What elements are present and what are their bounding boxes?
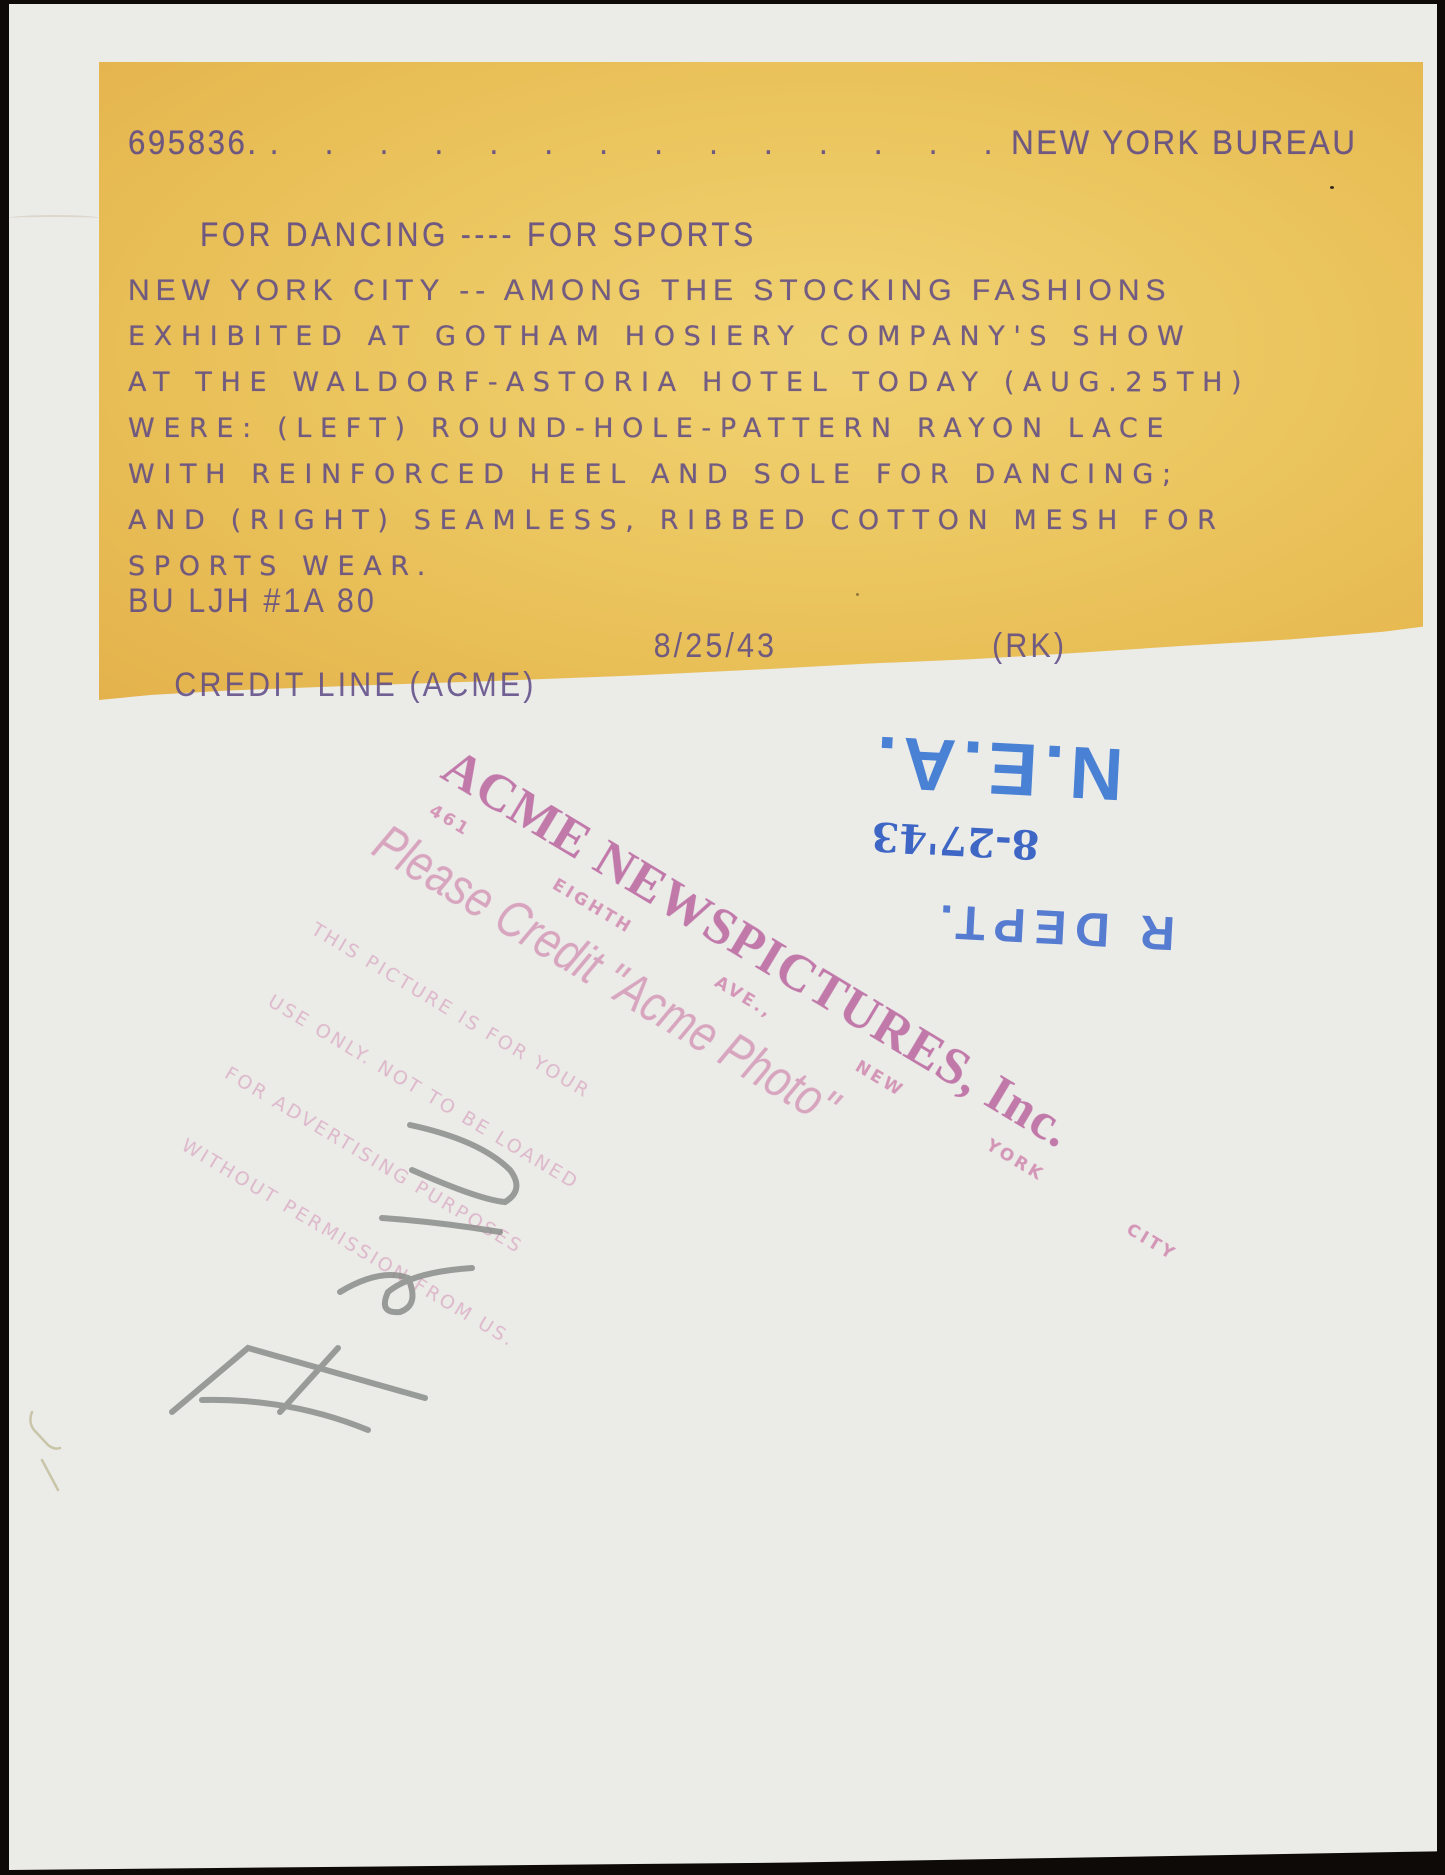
- caption-line: AT THE WALDORF-ASTORIA HOTEL TODAY (AUG.…: [128, 360, 1250, 406]
- caption-headline: FOR DANCING ---- FOR SPORTS: [200, 216, 757, 255]
- corner-mark-icon: [20, 1400, 80, 1500]
- slip-header: 695836. . . . . . . . . . . . . . .NEW Y…: [128, 124, 1358, 163]
- nea-stamp: N.E.A. 8-27'43 R DEPT.: [793, 691, 1166, 969]
- nea-stamp-dept: R DEPT.: [929, 893, 1176, 961]
- nea-stamp-date: 8-27'43: [870, 812, 1040, 868]
- ink-speck: [856, 593, 859, 596]
- pencil-note-icon: [150, 1100, 570, 1460]
- serial-number: 695836.: [128, 124, 259, 163]
- caption-date: 8/25/43: [654, 627, 778, 666]
- caption-line: WERE: (LEFT) ROUND-HOLE-PATTERN RAYON LA…: [128, 406, 1250, 452]
- caption-line: EXHIBITED AT GOTHAM HOSIERY COMPANY'S SH…: [128, 314, 1250, 360]
- routing-code: BU LJH #1A 80: [128, 582, 377, 621]
- caption-line: NEW YORK CITY -- AMONG THE STOCKING FASH…: [128, 268, 1250, 314]
- ink-speck: [1330, 186, 1334, 189]
- credit-line: CREDIT LINE (ACME): [174, 666, 536, 704]
- bureau-name: NEW YORK BUREAU: [1011, 124, 1357, 163]
- leader-dots: . . . . . . . . . . . . . .: [270, 124, 1011, 163]
- paper-crease: [9, 215, 99, 221]
- caption-body: NEW YORK CITY -- AMONG THE STOCKING FASH…: [128, 268, 1250, 590]
- typist-initials: (RK): [992, 627, 1067, 666]
- caption-line: WITH REINFORCED HEEL AND SOLE FOR DANCIN…: [128, 452, 1250, 498]
- nea-stamp-title: N.E.A.: [868, 719, 1126, 817]
- scanned-photo-back: 695836. . . . . . . . . . . . . . .NEW Y…: [0, 0, 1445, 1875]
- caption-line: AND (RIGHT) SEAMLESS, RIBBED COTTON MESH…: [128, 498, 1250, 544]
